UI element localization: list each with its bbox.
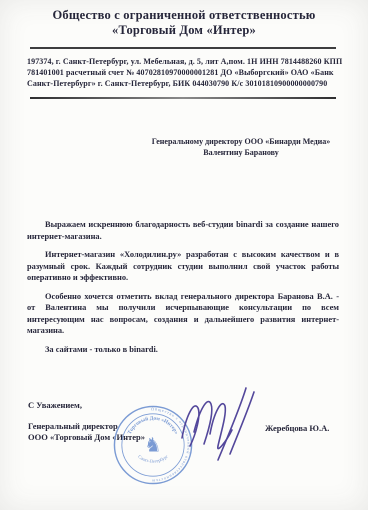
letterhead-divider-bottom xyxy=(30,97,336,99)
paragraph-director: Особенно хочется отметить вклад генераль… xyxy=(27,291,339,337)
signature-stroke xyxy=(194,402,212,444)
requisites-line: Санкт-Петербург» г. Санкт-Петербург, БИК… xyxy=(27,78,345,89)
signature-stroke xyxy=(210,404,232,449)
requisites-line: 197374, г. Санкт-Петербург, ул. Мебельна… xyxy=(27,56,345,67)
company-name-line2: «Торговый Дом «Интер» xyxy=(0,23,368,38)
paragraph-gratitude: Выражаем искреннюю благодарность веб-сту… xyxy=(27,219,339,242)
handwritten-signature xyxy=(168,386,263,466)
company-requisites: 197374, г. Санкт-Петербург, ул. Мебельна… xyxy=(27,56,345,89)
letterhead-divider-top xyxy=(30,47,336,49)
horseman-emblem-icon: ♞ xyxy=(144,434,162,457)
letterhead: Общество с ограниченной ответственностью… xyxy=(0,8,368,38)
paragraph-slogan: За сайтами - только в binardi. xyxy=(27,344,339,356)
requisites-line: 781401001 расчетный счет № 4070281097000… xyxy=(27,67,345,78)
letter-page: Общество с ограниченной ответственностью… xyxy=(0,0,368,510)
paragraph-quality: Интернет-магазин «Холодилин.ру» разработ… xyxy=(27,249,339,284)
signer-name: Жеребцова Ю.А. xyxy=(265,423,329,433)
recipient-block: Генеральному директору ООО «Бинарди Меди… xyxy=(148,136,334,158)
recipient-line1: Генеральному директору ООО «Бинарди Меди… xyxy=(148,136,334,147)
company-name-line1: Общество с ограниченной ответственностью xyxy=(0,8,368,23)
letter-body: Выражаем искреннюю благодарность веб-сту… xyxy=(27,219,339,362)
closing-salutation: С Уважением, xyxy=(28,400,82,410)
recipient-line2: Валентину Баранову xyxy=(148,147,334,158)
